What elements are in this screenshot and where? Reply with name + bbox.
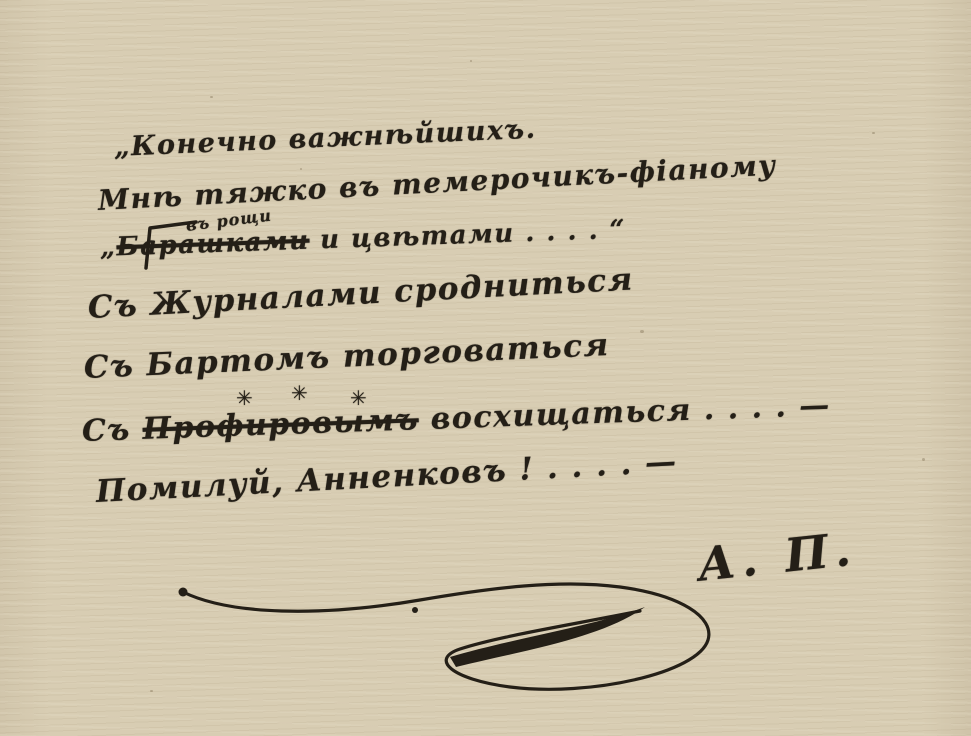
- paper-speck: [210, 96, 213, 98]
- paper-speck: [470, 60, 472, 62]
- line-3-open-quote: „: [99, 232, 117, 263]
- line-6-prefix: Съ: [81, 412, 143, 449]
- line-6-rest: восхищаться . . . . —: [418, 388, 831, 437]
- handwritten-line-1: „Конечно важнѣйшихъ.: [113, 114, 537, 163]
- line-6-crossed-out-word: Профировымъ: [142, 402, 419, 447]
- asterisk-mark: ✳: [236, 386, 253, 410]
- handwritten-line-7: Помилуй, Анненковъ ! . . . . —: [95, 444, 678, 510]
- handwritten-line-5: Съ Бартомъ торговаться: [83, 327, 610, 386]
- paper-speck: [640, 330, 644, 333]
- paper-speck: [922, 458, 925, 461]
- asterisk-mark: ✳: [291, 381, 308, 405]
- paper-speck: [300, 168, 302, 170]
- handwritten-line-6: Съ Профировымъ восхищаться . . . . —: [81, 388, 831, 449]
- line-3-rest: и цвѣтами . . . . “: [309, 215, 627, 256]
- manuscript-page: „Конечно важнѣйшихъ. Мнѣ тяжко въ темеро…: [0, 0, 971, 736]
- paper-speck: [872, 132, 875, 134]
- line-3-crossed-out-word: Барашками: [116, 226, 310, 263]
- signature-flourish: [120, 555, 760, 715]
